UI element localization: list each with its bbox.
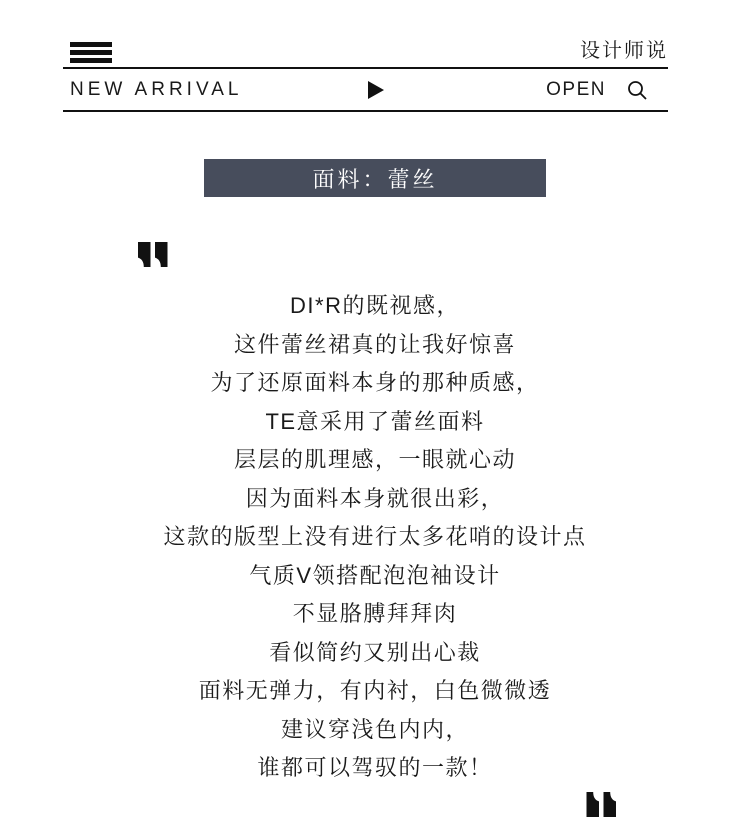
fabric-banner: 面料：蕾丝 [204,159,546,197]
quote-line: 这款的版型上没有进行太多花哨的设计点 [0,518,750,557]
hamburger-bar [70,58,112,63]
fabric-banner-label: 面料：蕾丝 [312,163,437,194]
nav-right-group: OPEN [546,79,648,101]
open-button[interactable]: OPEN [546,79,606,101]
quote-line: 谁都可以驾驭的一款！ [0,749,750,788]
hamburger-bar [70,42,112,47]
close-double-quote-icon [585,792,616,817]
play-triangle-icon[interactable] [368,81,384,99]
new-arrival-label: NEW ARRIVAL [70,79,242,101]
divider-top [63,67,668,69]
quote-line: TE意采用了蕾丝面料 [0,403,750,442]
quote-line: 层层的肌理感，一眼就心动 [0,441,750,480]
quote-line: 因为面料本身就很出彩， [0,480,750,519]
page-title: 设计师说 [580,40,668,62]
open-double-quote-icon [138,242,169,267]
quote-line: 为了还原面料本身的那种质感， [0,364,750,403]
quote-line: DI*R的既视感， [0,287,750,326]
quote-line: 这件蕾丝裙真的让我好惊喜 [0,326,750,365]
quote-line: 面料无弹力，有内衬，白色微微透 [0,672,750,711]
quote-text-block: DI*R的既视感， 这件蕾丝裙真的让我好惊喜 为了还原面料本身的那种质感， TE… [0,287,750,788]
hamburger-bar [70,50,112,55]
quote-line: 看似简约又别出心裁 [0,634,750,673]
divider-bottom [63,110,668,112]
quote-line: 气质V领搭配泡泡袖设计 [0,557,750,596]
search-icon[interactable] [627,80,648,101]
quote-line: 建议穿浅色内内， [0,711,750,750]
quote-line: 不显胳膊拜拜肉 [0,595,750,634]
hamburger-menu-icon[interactable] [70,42,112,63]
